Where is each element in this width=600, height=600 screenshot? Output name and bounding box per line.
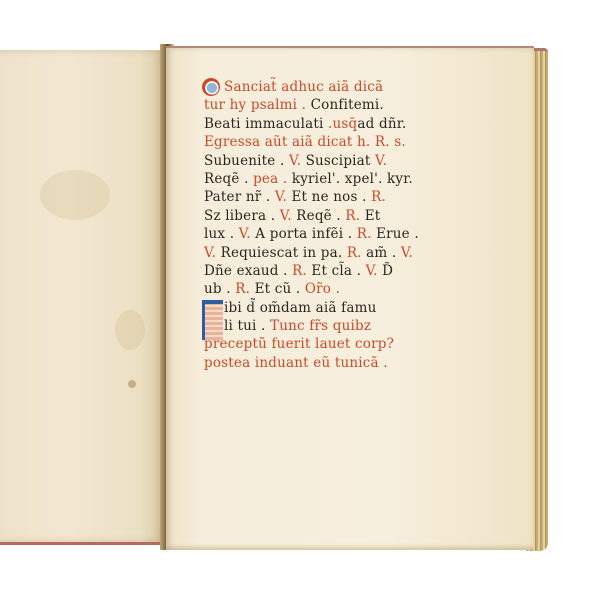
body-text: ad dñr. bbox=[357, 116, 406, 132]
body-text: lux . bbox=[204, 226, 239, 242]
body-text: ibi d̃ om̃dam aiã famu bbox=[224, 300, 376, 316]
manuscript-line: Reqẽ . pea . kyriel'. xpel'. kyr. bbox=[204, 170, 444, 188]
rubric-text: V. bbox=[204, 245, 216, 261]
manuscript-line: tur hy psalmi . Confitemi. bbox=[204, 96, 444, 114]
body-text: Reqẽ . bbox=[292, 208, 346, 224]
body-text: Erue . bbox=[372, 226, 419, 242]
manuscript-line: Beati immaculati .usq̄ad dñr. bbox=[204, 115, 444, 133]
rubric-text: R. bbox=[347, 245, 362, 261]
rubric-text: R. bbox=[371, 189, 386, 205]
manuscript-text: Sanciat̃ adhuc aiã dicãtur hy psalmi .… bbox=[204, 78, 444, 372]
manuscript-line: lux . V. A porta infẽi . R. Erue . bbox=[204, 225, 444, 243]
rubric-text: tur hy psalmi . bbox=[204, 97, 306, 113]
body-text: Subuenite . bbox=[204, 153, 289, 169]
rubric-text: V. bbox=[275, 189, 287, 205]
body-text: Et ne nos . bbox=[287, 189, 371, 205]
body-text: Confitemi. bbox=[306, 97, 384, 113]
body-text: Suscipiat bbox=[301, 153, 375, 169]
manuscript-line: Egressa aũt aiã dicat h. R. s. bbox=[204, 133, 444, 151]
rubric-text: R. bbox=[235, 281, 250, 297]
body-text: li tui . bbox=[224, 318, 270, 334]
rubric-text: Tunc fr̃s quibz bbox=[270, 318, 371, 334]
body-text: D̃ bbox=[378, 263, 394, 279]
page-spot bbox=[128, 380, 136, 388]
rubric-text: preceptũ fuerit lauet corp? bbox=[204, 336, 394, 352]
rubric-text: pea . bbox=[253, 171, 287, 187]
body-text: A porta infẽi . bbox=[251, 226, 357, 242]
manuscript-line: Sz libera . V. Reqẽ . R. Et bbox=[204, 207, 444, 225]
manuscript-line: postea induant eũ tunicã . bbox=[204, 354, 444, 372]
body-text: Et bbox=[360, 208, 380, 224]
body-text: ub . bbox=[204, 281, 235, 297]
rubric-text: Or̃o . bbox=[305, 281, 340, 297]
text-page: Sanciat̃ adhuc aiã dicãtur hy psalmi .… bbox=[166, 46, 534, 550]
body-text: Et cl̃a . bbox=[307, 263, 366, 279]
rubric-text: R. bbox=[345, 208, 360, 224]
manuscript-photo: Sanciat̃ adhuc aiã dicãtur hy psalmi .… bbox=[0, 0, 600, 600]
right-page-block: Sanciat̃ adhuc aiã dicãtur hy psalmi .… bbox=[166, 44, 546, 552]
rubric-text: R. bbox=[357, 226, 372, 242]
rubric-text: V. bbox=[366, 263, 378, 279]
manuscript-line: Subuenite . V. Suscipiat V. bbox=[204, 152, 444, 170]
rubric-text: V. bbox=[289, 153, 301, 169]
rubric-text: Sanciat̃ adhuc aiã dicã bbox=[224, 79, 383, 95]
manuscript-line: ibi d̃ om̃dam aiã famu bbox=[204, 299, 444, 317]
body-text: kyriel'. xpel'. kyr. bbox=[287, 171, 413, 187]
rubric-text: postea induant eũ tunicã . bbox=[204, 355, 388, 371]
manuscript-line: li tui . Tunc fr̃s quibz bbox=[204, 317, 444, 335]
body-text: Reqẽ . bbox=[204, 171, 253, 187]
left-blank-page bbox=[0, 50, 165, 545]
page-stain bbox=[115, 310, 145, 350]
manuscript-line: Dñe exaud . R. Et cl̃a . V. D̃ bbox=[204, 262, 444, 280]
manuscript-line: Pater nr̃ . V. Et ne nos . R. bbox=[204, 188, 444, 206]
rubric-text: V. bbox=[375, 153, 387, 169]
manuscript-line: ub . R. Et cũ . Or̃o . bbox=[204, 280, 444, 298]
rubric-text: .usq̄ bbox=[328, 116, 357, 132]
body-text: Sz libera . bbox=[204, 208, 280, 224]
body-text: Beati immaculati bbox=[204, 116, 328, 132]
rubric-text: V. bbox=[280, 208, 292, 224]
rubric-text: Egressa aũt aiã dicat h. R. s. bbox=[204, 134, 406, 150]
rubric-text: V. bbox=[401, 245, 413, 261]
body-text: Et cũ . bbox=[250, 281, 305, 297]
page-stain bbox=[40, 170, 110, 220]
body-text: Requiescat in pa. bbox=[216, 245, 347, 261]
manuscript-line: Sanciat̃ adhuc aiã dicã bbox=[204, 78, 444, 96]
body-text: am̃ . bbox=[362, 245, 401, 261]
body-text: Pater nr̃ . bbox=[204, 189, 275, 205]
manuscript-line: preceptũ fuerit lauet corp? bbox=[204, 335, 444, 353]
rubric-text: V. bbox=[239, 226, 251, 242]
illuminated-initial-s bbox=[202, 78, 220, 96]
rubric-text: R. bbox=[292, 263, 307, 279]
manuscript-line: V. Requiescat in pa. R. am̃ . V. bbox=[204, 244, 444, 262]
body-text: Dñe exaud . bbox=[204, 263, 292, 279]
